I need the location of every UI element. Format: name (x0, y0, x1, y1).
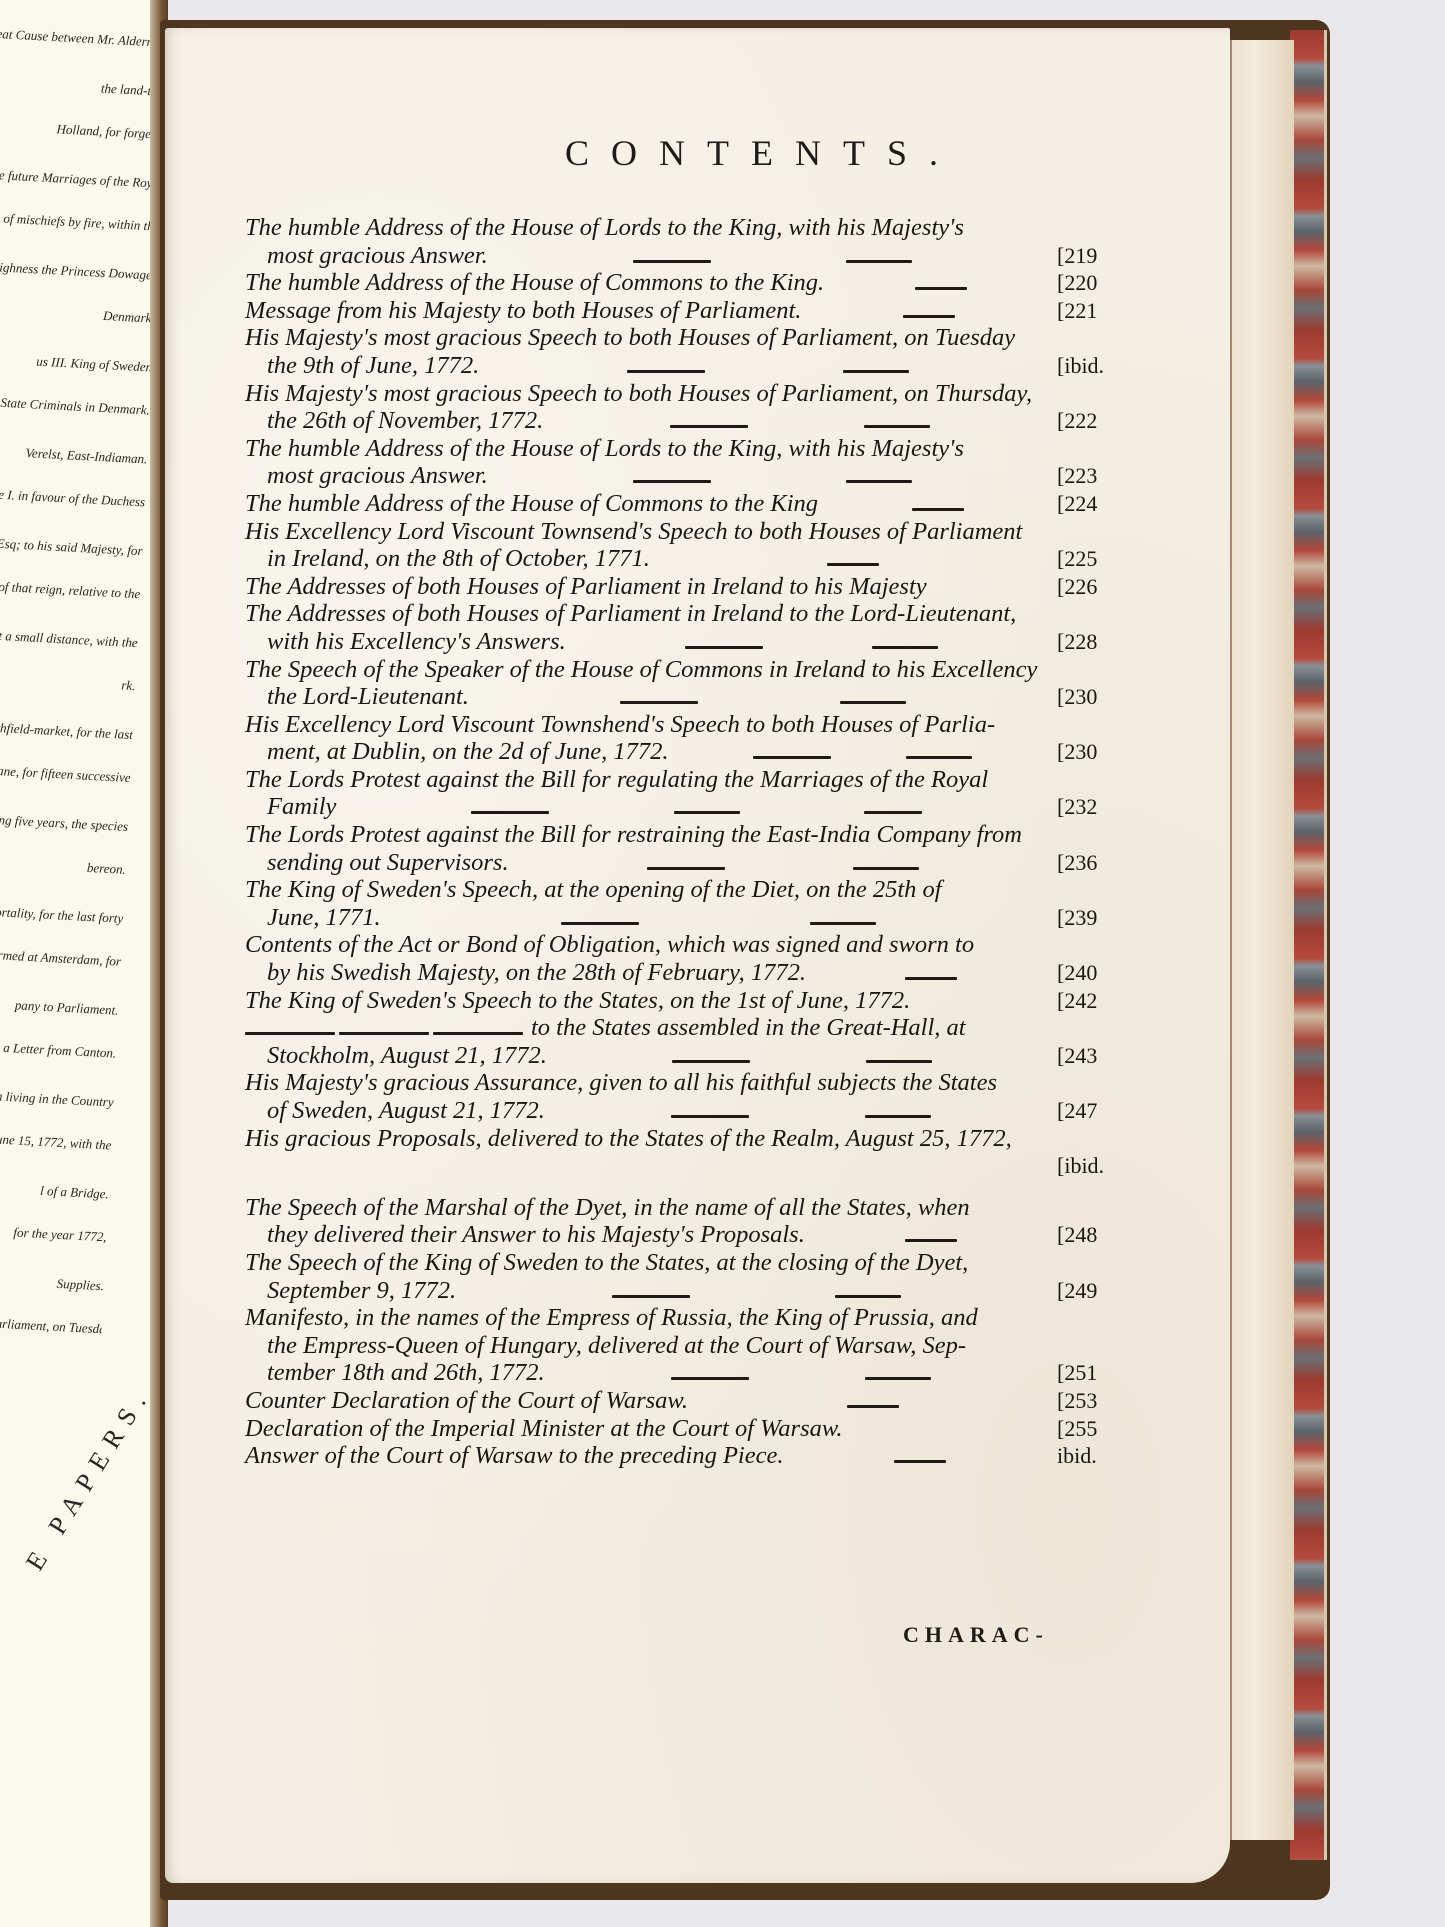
toc-entry: The Addresses of both Houses of Parliame… (245, 600, 1115, 655)
entry-title: His Majesty's gracious Assurance, given … (245, 1069, 997, 1097)
toc-line: of Sweden, August 21, 1772.[247 (245, 1097, 1115, 1125)
leader-dashes (469, 698, 1057, 708)
marbled-cover-edge (1290, 30, 1327, 1860)
left-page-line: for the year 1772, (0, 1214, 107, 1247)
toc-line: Manifesto, in the names of the Empress o… (245, 1304, 1115, 1332)
page-number: [ibid. (1057, 352, 1115, 380)
leader-dash (865, 1115, 931, 1118)
toc-line: The Speech of the Marshal of the Dyet, i… (245, 1194, 1115, 1222)
left-page-line: ech to both Houses of Parliament, on Tue… (0, 1306, 102, 1339)
leader-dash (561, 922, 639, 925)
toc-entry: The humble Address of the House of Lords… (245, 214, 1115, 269)
entry-title: Declaration of the Imperial Minister at … (245, 1415, 843, 1443)
toc-entry: Answer of the Court of Warsaw to the pre… (245, 1442, 1115, 1470)
left-page-line: of the State Criminals in Denmark. (0, 387, 150, 420)
page-number: [240 (1057, 959, 1115, 987)
entry-title: September 9, 1772. (267, 1277, 456, 1305)
toc-line: [ibid. (245, 1152, 1115, 1180)
left-page-line: turer, in a Letter from Canton. (0, 1031, 117, 1064)
toc-line: sending out Supervisors.[236 (245, 849, 1115, 877)
leader-dash (633, 260, 711, 263)
entry-title: Manifesto, in the names of the Empress o… (245, 1304, 978, 1332)
leader-dashes (547, 1056, 1057, 1066)
toc-line: The Addresses of both Houses of Parliame… (245, 573, 1115, 601)
toc-line: His gracious Proposals, delivered to the… (245, 1125, 1115, 1153)
page-number: [223 (1057, 462, 1115, 490)
entry-title: The humble Address of the House of Commo… (245, 490, 818, 518)
entry-title: Family (267, 793, 336, 821)
leader-dash (903, 315, 955, 318)
leader-dash (912, 508, 964, 511)
leader-dash (620, 701, 698, 704)
leader-dash (846, 480, 912, 483)
page-number: [247 (1057, 1097, 1115, 1125)
leader-dash (753, 756, 831, 759)
toc-entry: His Excellency Lord Viscount Townsend's … (245, 518, 1115, 573)
toc-line: Answer of the Court of Warsaw to the pre… (245, 1442, 1115, 1470)
toc-line: The humble Address of the House of Commo… (245, 269, 1115, 297)
leader-dash (674, 811, 740, 814)
toc-entry: Message from his Majesty to both Houses … (245, 297, 1115, 325)
left-page-line: regulating the future Marriages of the R… (0, 161, 159, 194)
toc-line: the Empress-Queen of Hungary, delivered … (245, 1332, 1115, 1360)
page-fore-edge (1230, 40, 1294, 1840)
leader-dash (471, 811, 549, 814)
toc-line: most gracious Answer.[219 (245, 242, 1115, 270)
entry-title: the 26th of November, 1772. (267, 407, 543, 435)
left-page-line: t lawyers of that reign, relative to the (0, 571, 141, 604)
table-of-contents: The humble Address of the House of Lords… (245, 214, 1115, 1470)
toc-line: Stockholm, August 21, 1772.[243 (245, 1042, 1115, 1070)
toc-line: His Excellency Lord Viscount Townshend's… (245, 711, 1115, 739)
toc-line: His Majesty's most gracious Speech to bo… (245, 380, 1115, 408)
toc-entry: Contents of the Act or Bond of Obligatio… (245, 931, 1115, 986)
left-page-line: ts in the great Cause between Mr. Alderm… (0, 20, 159, 53)
leader-dash (906, 756, 972, 759)
leader-dash (866, 1060, 932, 1063)
leader-dash (872, 646, 938, 649)
leader-dashes (479, 366, 1057, 376)
leader-dashes (801, 311, 1057, 321)
entry-title: His Majesty's most gracious Speech to bo… (245, 380, 1032, 408)
page-number: [220 (1057, 269, 1115, 297)
entry-title: to the States assembled in the Great-Hal… (531, 1014, 966, 1042)
left-page-text: ts in the great Cause between Mr. Alderm… (0, 20, 159, 1367)
toc-entry: The humble Address of the House of Commo… (245, 269, 1115, 297)
entry-title: His gracious Proposals, delivered to the… (245, 1125, 1012, 1153)
toc-entry: The humble Address of the House of Lords… (245, 435, 1115, 490)
entry-title: in Ireland, on the 8th of October, 1771. (267, 545, 650, 573)
leader-dashes (824, 284, 1057, 294)
left-facing-page: ts in the great Cause between Mr. Alderm… (0, 0, 159, 1927)
page-number: [230 (1057, 738, 1115, 766)
leader-dashes (545, 1112, 1057, 1122)
entry-title: sending out Supervisors. (267, 849, 509, 877)
toc-entry: His gracious Proposals, delivered to the… (245, 1125, 1115, 1180)
entry-title: by his Swedish Majesty, on the 28th of F… (267, 959, 806, 987)
page-number: [255 (1057, 1415, 1115, 1443)
toc-line: by his Swedish Majesty, on the 28th of F… (245, 959, 1115, 987)
left-page-line: us III. King of Sweden (0, 345, 153, 378)
entry-title: The humble Address of the House of Commo… (245, 269, 824, 297)
leader-dashes (456, 1291, 1057, 1301)
entry-title: most gracious Answer. (267, 462, 488, 490)
leader-dash (671, 1377, 749, 1380)
leader-dash (612, 1295, 690, 1298)
toc-line: The humble Address of the House of Lords… (245, 435, 1115, 463)
leader-dashes (784, 1457, 1058, 1467)
leader-dash (670, 425, 748, 428)
entry-title: His Majesty's most gracious Speech to bo… (245, 324, 1015, 352)
page-number: [253 (1057, 1387, 1115, 1415)
leader-dash (685, 646, 763, 649)
leader-dash (915, 287, 967, 290)
page-number: [226 (1057, 573, 1115, 601)
leader-dash (905, 1239, 957, 1242)
toc-line: The Speech of the Speaker of the House o… (245, 656, 1115, 684)
leader-dash (627, 370, 705, 373)
left-page-line: Longevity, between living in the Country (0, 1080, 114, 1113)
leader-dash (864, 811, 922, 814)
left-page-line: the land-tax. (0, 69, 159, 102)
catchword: CHARAC- (903, 1622, 1049, 1648)
left-page-line: a cannon at a small distance, with the (0, 620, 138, 653)
contents-page: CONTENTS. The humble Address of the Hous… (165, 28, 1230, 1883)
toc-line: The King of Sweden's Speech to the State… (245, 987, 1115, 1015)
toc-line: Contents of the Act or Bond of Obligatio… (245, 931, 1115, 959)
toc-line: in Ireland, on the 8th of October, 1771.… (245, 545, 1115, 573)
left-page-line: late Royal Highness the Princess Dowager (0, 253, 157, 286)
leader-dashes (566, 642, 1057, 652)
left-page-line: preventing of mischiefs by fire, within … (0, 204, 159, 237)
page-number: [221 (1057, 297, 1115, 325)
entry-title: His Excellency Lord Viscount Townsend's … (245, 518, 1022, 546)
left-page-line: rk. (0, 663, 136, 696)
toc-line: ment, at Dublin, on the 2d of June, 1772… (245, 738, 1115, 766)
leader-dashes (509, 863, 1057, 873)
leader-dash (843, 370, 909, 373)
leader-dash (671, 1115, 749, 1118)
toc-line: to the States assembled in the Great-Hal… (245, 1014, 1115, 1042)
leader-dash (847, 1405, 899, 1408)
leader-dashes (843, 1426, 1057, 1436)
toc-line: The humble Address of the House of Commo… (245, 490, 1115, 518)
entry-title: the Lord-Lieutenant. (267, 683, 469, 711)
leader-dashes (543, 422, 1057, 432)
left-page-heading: E PAPERS. (20, 1380, 158, 1576)
leader-dashes (488, 477, 1057, 487)
left-page-line: England during five years, the species (0, 804, 129, 837)
left-page-line: l of a Bridge. (0, 1171, 109, 1204)
entry-title: The Addresses of both Houses of Parliame… (245, 600, 1016, 628)
toc-entry: The Lords Protest against the Bill for r… (245, 821, 1115, 876)
page-number: [225 (1057, 545, 1115, 573)
left-page-line: pany to Parliament. (0, 988, 119, 1021)
entry-title: The Lords Protest against the Bill for r… (245, 766, 988, 794)
toc-line: The Addresses of both Houses of Parliame… (245, 600, 1115, 628)
leader-dash (433, 1032, 523, 1035)
leader-dash (905, 977, 957, 980)
leader-dashes (381, 918, 1057, 928)
page-number: [219 (1057, 242, 1115, 270)
toc-entry: His Excellency Lord Viscount Townshend's… (245, 711, 1115, 766)
toc-entry: His Majesty's gracious Assurance, given … (245, 1069, 1115, 1124)
page-number: [224 (1057, 490, 1115, 518)
leader-dashes (545, 1374, 1057, 1384)
toc-entry: The Addresses of both Houses of Parliame… (245, 573, 1115, 601)
leader-dashes (688, 1401, 1057, 1411)
page-title: CONTENTS. (165, 132, 1230, 174)
toc-entry: The Speech of the King of Sweden to the … (245, 1249, 1115, 1304)
page-number: ibid. (1057, 1442, 1115, 1470)
leader-dash (647, 867, 725, 870)
toc-line: The Speech of the King of Sweden to the … (245, 1249, 1115, 1277)
page-number: [236 (1057, 849, 1115, 877)
entry-title: The King of Sweden's Speech to the State… (245, 987, 910, 1015)
toc-line: Declaration of the Imperial Minister at … (245, 1415, 1115, 1443)
left-page-line: the Installation June 15, 1772, with the (0, 1122, 112, 1155)
toc-entry: Manifesto, in the names of the Empress o… (245, 1304, 1115, 1387)
left-page-line: hey and Mark-lane, for fifteen successiv… (0, 755, 131, 788)
entry-title: The Lords Protest against the Bill for r… (245, 821, 1022, 849)
entry-title: tember 18th and 26th, 1772. (267, 1359, 545, 1387)
left-page-line: Verelst, East-Indiaman. (0, 436, 148, 469)
toc-line: The King of Sweden's Speech, at the open… (245, 876, 1115, 904)
page-number: [222 (1057, 407, 1115, 435)
page-number: [249 (1057, 1277, 1115, 1305)
left-page-line: bereon. (0, 847, 126, 880)
entry-title: The Speech of the King of Sweden to the … (245, 1249, 968, 1277)
toc-line: September 9, 1772.[249 (245, 1277, 1115, 1305)
left-page-line: Denmark. (0, 296, 155, 329)
toc-entry: The Speech of the Marshal of the Dyet, i… (245, 1194, 1115, 1249)
entry-title: with his Excellency's Answers. (267, 628, 566, 656)
leader-dashes (805, 1236, 1057, 1246)
left-page-line: s of the Society formed at Amsterdam, fo… (0, 939, 122, 972)
page-number: [239 (1057, 904, 1115, 932)
entry-title: Counter Declaration of the Court of Wars… (245, 1387, 688, 1415)
leader-dash (827, 563, 879, 566)
page-number: [232 (1057, 793, 1115, 821)
toc-line: His Majesty's gracious Assurance, given … (245, 1069, 1115, 1097)
entry-title: the 9th of June, 1772. (267, 352, 479, 380)
entry-title: The humble Address of the House of Lords… (245, 214, 964, 242)
page-number: [243 (1057, 1042, 1115, 1070)
page-number: [228 (1057, 628, 1115, 656)
toc-entry: Counter Declaration of the Court of Wars… (245, 1387, 1115, 1415)
entry-title: June, 1771. (267, 904, 381, 932)
entry-title: The humble Address of the House of Lords… (245, 435, 964, 463)
left-page-line: Walpole, Esq; to his said Majesty, for (0, 528, 143, 561)
entry-title: The Addresses of both Houses of Parliame… (245, 573, 927, 601)
entry-title: The Speech of the Speaker of the House o… (245, 656, 1037, 684)
toc-entry: Declaration of the Imperial Minister at … (245, 1415, 1115, 1443)
toc-entry: The Speech of the Speaker of the House o… (245, 656, 1115, 711)
entry-title: Message from his Majesty to both Houses … (245, 297, 801, 325)
toc-entry: to the States assembled in the Great-Hal… (245, 1014, 1115, 1069)
leader-dashes (245, 1029, 531, 1039)
leader-dashes (668, 753, 1057, 763)
entry-title: they delivered their Answer to his Majes… (267, 1221, 805, 1249)
toc-entry: The King of Sweden's Speech, at the open… (245, 876, 1115, 931)
page-number: [248 (1057, 1221, 1115, 1249)
left-page-line: Supplies. (0, 1263, 105, 1296)
leader-dashes (806, 974, 1057, 984)
leader-dashes (818, 504, 1057, 514)
toc-line: The Lords Protest against the Bill for r… (245, 821, 1115, 849)
toc-line: with his Excellency's Answers.[228 (245, 628, 1115, 656)
entry-title: the Empress-Queen of Hungary, delivered … (267, 1332, 966, 1360)
page-number: [242 (1057, 987, 1115, 1015)
page-number: [251 (1057, 1359, 1115, 1387)
leader-dash (339, 1032, 429, 1035)
leader-dash (864, 425, 930, 428)
toc-line: the 9th of June, 1772.[ibid. (245, 352, 1115, 380)
leader-dash (865, 1377, 931, 1380)
entry-title: ment, at Dublin, on the 2d of June, 1772… (267, 738, 668, 766)
leader-dash (846, 260, 912, 263)
toc-entry: The Lords Protest against the Bill for r… (245, 766, 1115, 821)
entry-title: The Speech of the Marshal of the Dyet, i… (245, 1194, 970, 1222)
leader-dash (810, 922, 876, 925)
entry-title: His Excellency Lord Viscount Townshend's… (245, 711, 995, 739)
entry-title: Answer of the Court of Warsaw to the pre… (245, 1442, 784, 1470)
toc-line: Message from his Majesty to both Houses … (245, 297, 1115, 325)
leader-dashes (650, 560, 1057, 570)
toc-entry: His Majesty's most gracious Speech to bo… (245, 380, 1115, 435)
leader-dashes (336, 808, 1057, 818)
toc-line: His Majesty's most gracious Speech to bo… (245, 324, 1115, 352)
toc-line: Counter Declaration of the Court of Wars… (245, 1387, 1115, 1415)
leader-dash (853, 867, 919, 870)
toc-entry: The King of Sweden's Speech to the State… (245, 987, 1115, 1015)
entry-title: Stockholm, August 21, 1772. (267, 1042, 547, 1070)
leader-dash (835, 1295, 901, 1298)
leader-dash (840, 701, 906, 704)
entry-title: Contents of the Act or Bond of Obligatio… (245, 931, 974, 959)
toc-line: The Lords Protest against the Bill for r… (245, 766, 1115, 794)
toc-entry: The humble Address of the House of Commo… (245, 490, 1115, 518)
entry-title: most gracious Answer. (267, 242, 488, 270)
leader-dash (245, 1032, 335, 1035)
toc-line: June, 1771.[239 (245, 904, 1115, 932)
left-page-line: King George I. in favour of the Duchess (0, 479, 146, 512)
toc-line: most gracious Answer.[223 (245, 462, 1115, 490)
toc-line: His Excellency Lord Viscount Townsend's … (245, 518, 1115, 546)
leader-dashes (488, 256, 1057, 266)
toc-line: tember 18th and 26th, 1772.[251 (245, 1359, 1115, 1387)
leader-dash (633, 480, 711, 483)
entry-title: The King of Sweden's Speech, at the open… (245, 876, 942, 904)
leader-dashes (927, 584, 1057, 594)
leader-dash (894, 1460, 946, 1463)
leader-dashes (910, 998, 1057, 1008)
toc-line: Family[232 (245, 793, 1115, 821)
left-page-line: n the Bills of Mortality, for the last f… (0, 896, 124, 929)
entry-title: of Sweden, August 21, 1772. (267, 1097, 545, 1125)
toc-line: they delivered their Answer to his Majes… (245, 1221, 1115, 1249)
toc-line: the Lord-Lieutenant.[230 (245, 683, 1115, 711)
leader-dash (672, 1060, 750, 1063)
page-number: [230 (1057, 683, 1115, 711)
toc-entry: His Majesty's most gracious Speech to bo… (245, 324, 1115, 379)
toc-line: the 26th of November, 1772.[222 (245, 407, 1115, 435)
left-page-line: old at Smithfield-market, for the last (0, 712, 133, 745)
toc-line: The humble Address of the House of Lords… (245, 214, 1115, 242)
left-page-line: Holland, for forgery. (0, 112, 159, 145)
page-number: [ibid. (1057, 1152, 1115, 1180)
